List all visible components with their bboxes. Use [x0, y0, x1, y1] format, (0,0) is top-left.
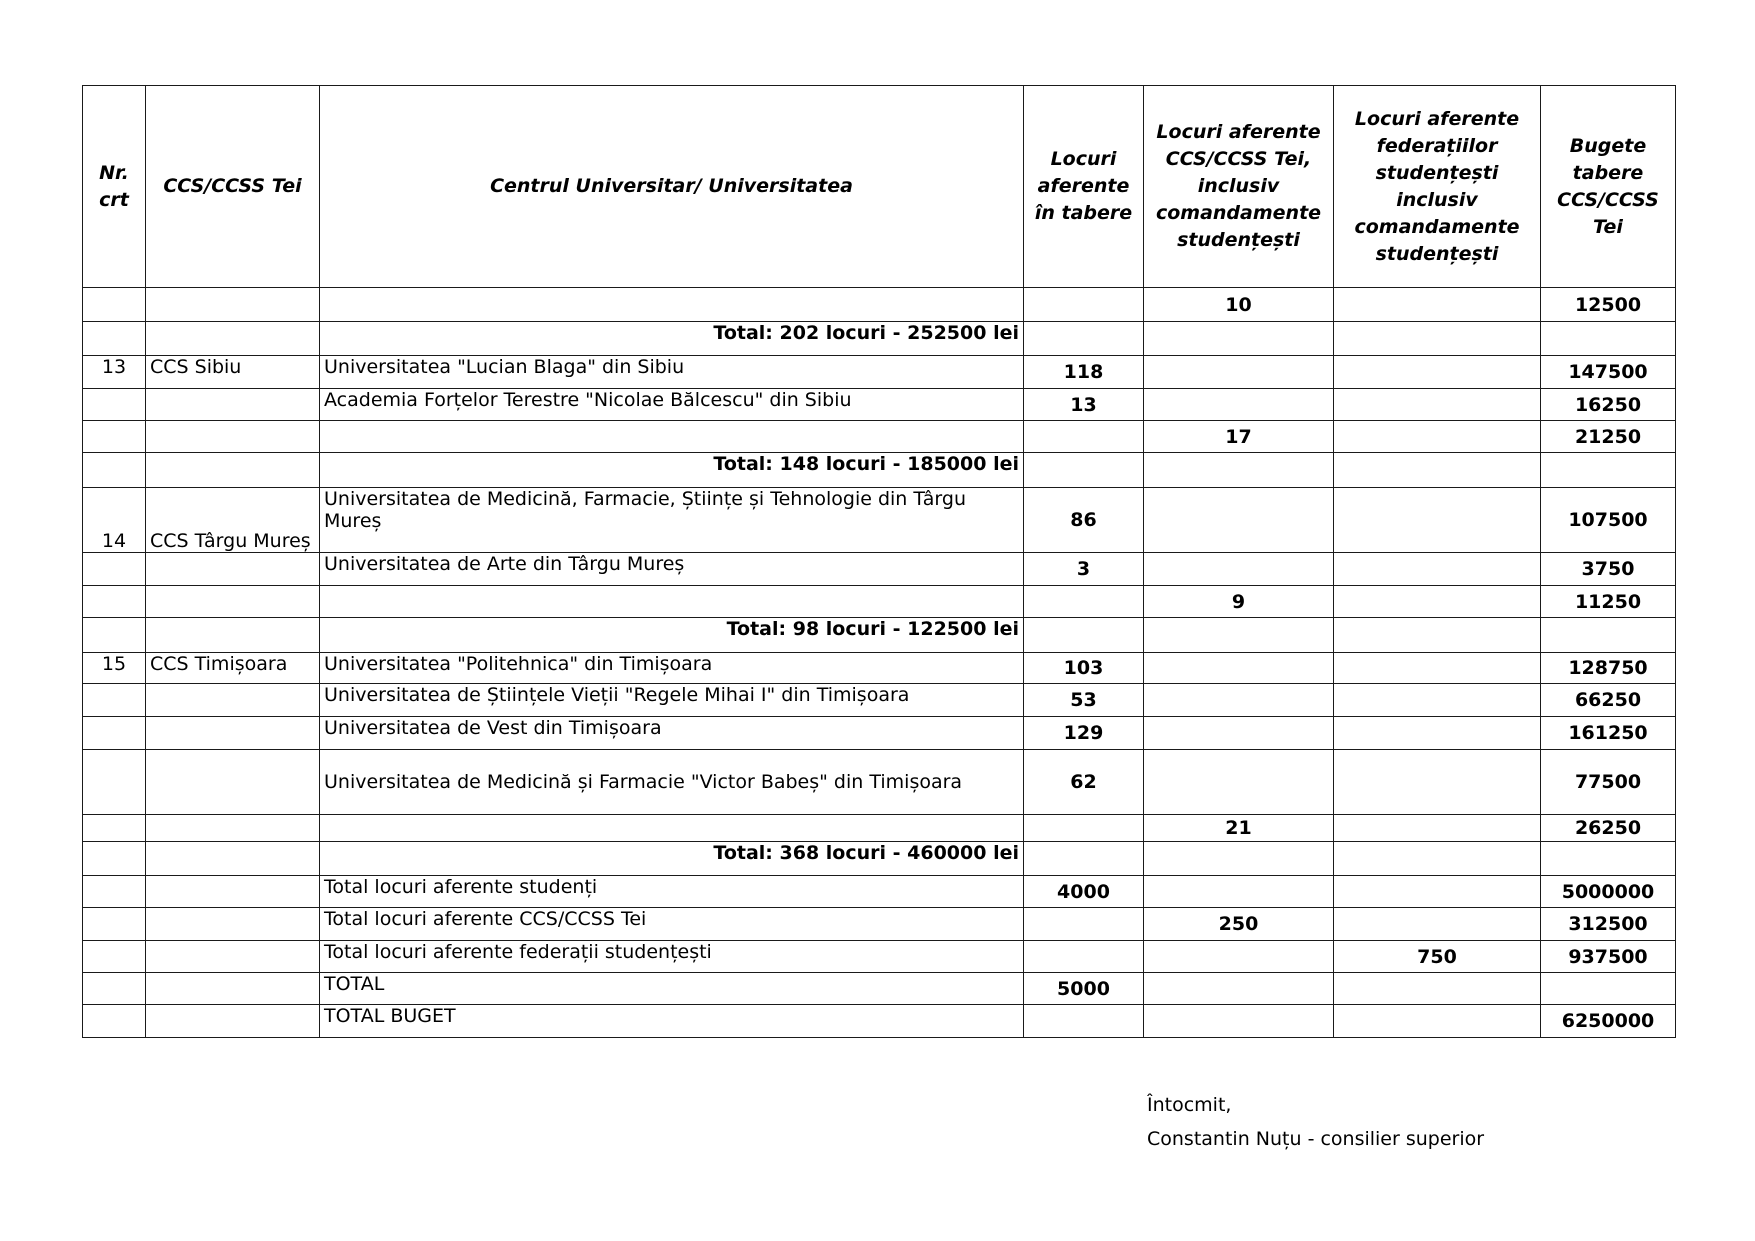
table-row: 1012500 — [83, 288, 1676, 322]
subtotal-row: Total: 148 locuri - 185000 lei — [83, 453, 1676, 488]
cell-nr — [83, 973, 146, 1005]
cell-centru: Universitatea de Științele Vieții "Regel… — [320, 684, 1024, 717]
summary-row: TOTAL BUGET6250000 — [83, 1005, 1676, 1038]
cell-buget — [1541, 322, 1676, 356]
cell-ccs — [146, 876, 320, 908]
cell-buget: 21250 — [1541, 421, 1676, 453]
cell-locuri-ccs: 17 — [1144, 421, 1334, 453]
table-row: 15CCS TimișoaraUniversitatea "Politehnic… — [83, 653, 1676, 684]
cell-centru: Universitatea de Medicină și Farmacie "V… — [320, 750, 1024, 815]
cell-nr — [83, 842, 146, 876]
header-nr: Nr. crt — [83, 86, 146, 288]
cell-locuri-federatii — [1334, 356, 1541, 389]
signature-block: Întocmit, Constantin Nuțu - consilier su… — [1147, 1088, 1484, 1156]
cell-locuri-federatii — [1334, 717, 1541, 750]
table-row: Universitatea de Arte din Târgu Mureș337… — [83, 553, 1676, 586]
cell-locuri-ccs — [1144, 750, 1334, 815]
summary-row: Total locuri aferente studenți4000500000… — [83, 876, 1676, 908]
cell-buget: 26250 — [1541, 815, 1676, 842]
subtotal-row: Total: 368 locuri - 460000 lei — [83, 842, 1676, 876]
cell-locuri-tabere: 5000 — [1024, 973, 1144, 1005]
subtotal-label: Total: 148 locuri - 185000 lei — [320, 453, 1024, 488]
cell-locuri-ccs: 21 — [1144, 815, 1334, 842]
cell-nr — [83, 717, 146, 750]
summary-label: Total locuri aferente federații studențe… — [320, 941, 1024, 973]
cell-ccs — [146, 908, 320, 941]
cell-nr — [83, 908, 146, 941]
cell-locuri-ccs — [1144, 1005, 1334, 1038]
cell-nr: 14 — [83, 488, 146, 553]
cell-ccs — [146, 389, 320, 421]
cell-ccs — [146, 586, 320, 618]
cell-ccs — [146, 717, 320, 750]
cell-ccs — [146, 973, 320, 1005]
cell-locuri-federatii: 750 — [1334, 941, 1541, 973]
subtotal-label: Total: 98 locuri - 122500 lei — [320, 618, 1024, 653]
cell-nr — [83, 421, 146, 453]
cell-ccs: CCS Sibiu — [146, 356, 320, 389]
cell-ccs — [146, 750, 320, 815]
cell-centru — [320, 815, 1024, 842]
summary-label: Total locuri aferente CCS/CCSS Tei — [320, 908, 1024, 941]
cell-locuri-federatii — [1334, 288, 1541, 322]
cell-locuri-ccs — [1144, 618, 1334, 653]
table-row: Universitatea de Vest din Timișoara12916… — [83, 717, 1676, 750]
table-row: 2126250 — [83, 815, 1676, 842]
cell-locuri-ccs — [1144, 356, 1334, 389]
cell-locuri-tabere — [1024, 908, 1144, 941]
cell-locuri-tabere — [1024, 815, 1144, 842]
cell-nr — [83, 453, 146, 488]
cell-buget: 3750 — [1541, 553, 1676, 586]
cell-locuri-federatii — [1334, 453, 1541, 488]
cell-locuri-federatii — [1334, 815, 1541, 842]
cell-centru: Universitatea de Vest din Timișoara — [320, 717, 1024, 750]
cell-buget: 147500 — [1541, 356, 1676, 389]
table-row: 1721250 — [83, 421, 1676, 453]
cell-locuri-ccs — [1144, 488, 1334, 553]
cell-nr — [83, 322, 146, 356]
cell-centru: Universitatea de Medicină, Farmacie, Ști… — [320, 488, 1024, 553]
table-row: Academia Forțelor Terestre "Nicolae Bălc… — [83, 389, 1676, 421]
header-bugete: Bugete tabere CCS/CCSS Tei — [1541, 86, 1676, 288]
cell-ccs — [146, 842, 320, 876]
cell-buget: 161250 — [1541, 717, 1676, 750]
cell-nr — [83, 389, 146, 421]
cell-locuri-tabere — [1024, 842, 1144, 876]
cell-centru: Universitatea de Arte din Târgu Mureș — [320, 553, 1024, 586]
cell-locuri-federatii — [1334, 750, 1541, 815]
cell-locuri-federatii — [1334, 389, 1541, 421]
cell-locuri-ccs — [1144, 842, 1334, 876]
cell-locuri-federatii — [1334, 876, 1541, 908]
cell-locuri-ccs — [1144, 973, 1334, 1005]
header-locuri-federatii: Locuri aferente federațiilor studențești… — [1334, 86, 1541, 288]
cell-locuri-federatii — [1334, 553, 1541, 586]
cell-locuri-tabere — [1024, 421, 1144, 453]
cell-buget: 11250 — [1541, 586, 1676, 618]
cell-locuri-tabere — [1024, 1005, 1144, 1038]
cell-locuri-federatii — [1334, 1005, 1541, 1038]
header-locuri-tabere: Locuri aferente în tabere — [1024, 86, 1144, 288]
cell-locuri-tabere — [1024, 586, 1144, 618]
subtotal-label: Total: 202 locuri - 252500 lei — [320, 322, 1024, 356]
cell-locuri-ccs: 10 — [1144, 288, 1334, 322]
cell-locuri-federatii — [1334, 842, 1541, 876]
header-locuri-ccs: Locuri aferente CCS/CCSS Tei, inclusiv c… — [1144, 86, 1334, 288]
summary-row: Total locuri aferente federații studențe… — [83, 941, 1676, 973]
cell-locuri-federatii — [1334, 973, 1541, 1005]
cell-nr — [83, 941, 146, 973]
cell-ccs — [146, 453, 320, 488]
summary-label: TOTAL BUGET — [320, 1005, 1024, 1038]
cell-locuri-tabere: 62 — [1024, 750, 1144, 815]
cell-nr: 15 — [83, 653, 146, 684]
header-centru: Centrul Universitar/ Universitatea — [320, 86, 1024, 288]
cell-buget: 128750 — [1541, 653, 1676, 684]
cell-locuri-tabere: 53 — [1024, 684, 1144, 717]
cell-locuri-ccs: 9 — [1144, 586, 1334, 618]
table-row: 911250 — [83, 586, 1676, 618]
cell-locuri-tabere — [1024, 941, 1144, 973]
cell-locuri-ccs — [1144, 684, 1334, 717]
summary-row: Total locuri aferente CCS/CCSS Tei250312… — [83, 908, 1676, 941]
cell-nr — [83, 750, 146, 815]
cell-buget — [1541, 618, 1676, 653]
cell-locuri-federatii — [1334, 908, 1541, 941]
cell-buget: 937500 — [1541, 941, 1676, 973]
cell-locuri-ccs — [1144, 553, 1334, 586]
cell-locuri-federatii — [1334, 618, 1541, 653]
cell-locuri-ccs — [1144, 941, 1334, 973]
cell-locuri-ccs: 250 — [1144, 908, 1334, 941]
cell-locuri-federatii — [1334, 322, 1541, 356]
cell-centru: Academia Forțelor Terestre "Nicolae Bălc… — [320, 389, 1024, 421]
cell-centru — [320, 586, 1024, 618]
subtotal-row: Total: 202 locuri - 252500 lei — [83, 322, 1676, 356]
summary-row: TOTAL5000 — [83, 973, 1676, 1005]
table-row: Universitatea de Medicină și Farmacie "V… — [83, 750, 1676, 815]
cell-ccs: CCS Târgu Mureș — [146, 488, 320, 553]
cell-centru — [320, 421, 1024, 453]
cell-locuri-tabere: 13 — [1024, 389, 1144, 421]
table-row: 14CCS Târgu MureșUniversitatea de Medici… — [83, 488, 1676, 553]
cell-nr — [83, 288, 146, 322]
cell-locuri-federatii — [1334, 684, 1541, 717]
table-row: Universitatea de Științele Vieții "Regel… — [83, 684, 1676, 717]
cell-ccs — [146, 288, 320, 322]
summary-label: TOTAL — [320, 973, 1024, 1005]
cell-locuri-ccs — [1144, 389, 1334, 421]
cell-ccs — [146, 1005, 320, 1038]
cell-ccs — [146, 322, 320, 356]
cell-nr — [83, 1005, 146, 1038]
footer-author: Constantin Nuțu - consilier superior — [1147, 1122, 1484, 1156]
cell-locuri-tabere — [1024, 453, 1144, 488]
cell-centru — [320, 288, 1024, 322]
cell-locuri-tabere: 118 — [1024, 356, 1144, 389]
footer-prepared-by: Întocmit, — [1147, 1088, 1484, 1122]
cell-locuri-ccs — [1144, 717, 1334, 750]
subtotal-row: Total: 98 locuri - 122500 lei — [83, 618, 1676, 653]
cell-locuri-federatii — [1334, 421, 1541, 453]
cell-locuri-tabere: 4000 — [1024, 876, 1144, 908]
subtotal-label: Total: 368 locuri - 460000 lei — [320, 842, 1024, 876]
cell-nr — [83, 553, 146, 586]
cell-buget: 107500 — [1541, 488, 1676, 553]
cell-buget: 12500 — [1541, 288, 1676, 322]
cell-locuri-federatii — [1334, 488, 1541, 553]
cell-nr — [83, 586, 146, 618]
cell-locuri-ccs — [1144, 453, 1334, 488]
table-header-row: Nr. crt CCS/CCSS Tei Centrul Universitar… — [83, 86, 1676, 288]
cell-buget: 312500 — [1541, 908, 1676, 941]
cell-ccs: CCS Timișoara — [146, 653, 320, 684]
cell-locuri-tabere: 86 — [1024, 488, 1144, 553]
cell-locuri-tabere — [1024, 288, 1144, 322]
cell-locuri-ccs — [1144, 876, 1334, 908]
table-row: 13CCS SibiuUniversitatea "Lucian Blaga" … — [83, 356, 1676, 389]
cell-locuri-ccs — [1144, 322, 1334, 356]
cell-buget: 16250 — [1541, 389, 1676, 421]
header-ccs: CCS/CCSS Tei — [146, 86, 320, 288]
cell-ccs — [146, 421, 320, 453]
cell-locuri-tabere: 129 — [1024, 717, 1144, 750]
cell-ccs — [146, 553, 320, 586]
cell-locuri-tabere: 3 — [1024, 553, 1144, 586]
cell-ccs — [146, 941, 320, 973]
cell-ccs — [146, 815, 320, 842]
cell-nr — [83, 684, 146, 717]
cell-locuri-tabere — [1024, 322, 1144, 356]
cell-nr: 13 — [83, 356, 146, 389]
cell-buget: 66250 — [1541, 684, 1676, 717]
cell-locuri-federatii — [1334, 653, 1541, 684]
allocation-table: Nr. crt CCS/CCSS Tei Centrul Universitar… — [82, 85, 1676, 1038]
cell-locuri-federatii — [1334, 586, 1541, 618]
cell-buget: 5000000 — [1541, 876, 1676, 908]
cell-buget — [1541, 842, 1676, 876]
cell-nr — [83, 618, 146, 653]
cell-nr — [83, 815, 146, 842]
cell-locuri-ccs — [1144, 653, 1334, 684]
cell-buget: 77500 — [1541, 750, 1676, 815]
cell-ccs — [146, 618, 320, 653]
cell-buget — [1541, 453, 1676, 488]
cell-buget: 6250000 — [1541, 1005, 1676, 1038]
cell-nr — [83, 876, 146, 908]
cell-ccs — [146, 684, 320, 717]
cell-locuri-tabere: 103 — [1024, 653, 1144, 684]
cell-locuri-tabere — [1024, 618, 1144, 653]
cell-centru: Universitatea "Politehnica" din Timișoar… — [320, 653, 1024, 684]
cell-centru: Universitatea "Lucian Blaga" din Sibiu — [320, 356, 1024, 389]
summary-label: Total locuri aferente studenți — [320, 876, 1024, 908]
cell-buget — [1541, 973, 1676, 1005]
